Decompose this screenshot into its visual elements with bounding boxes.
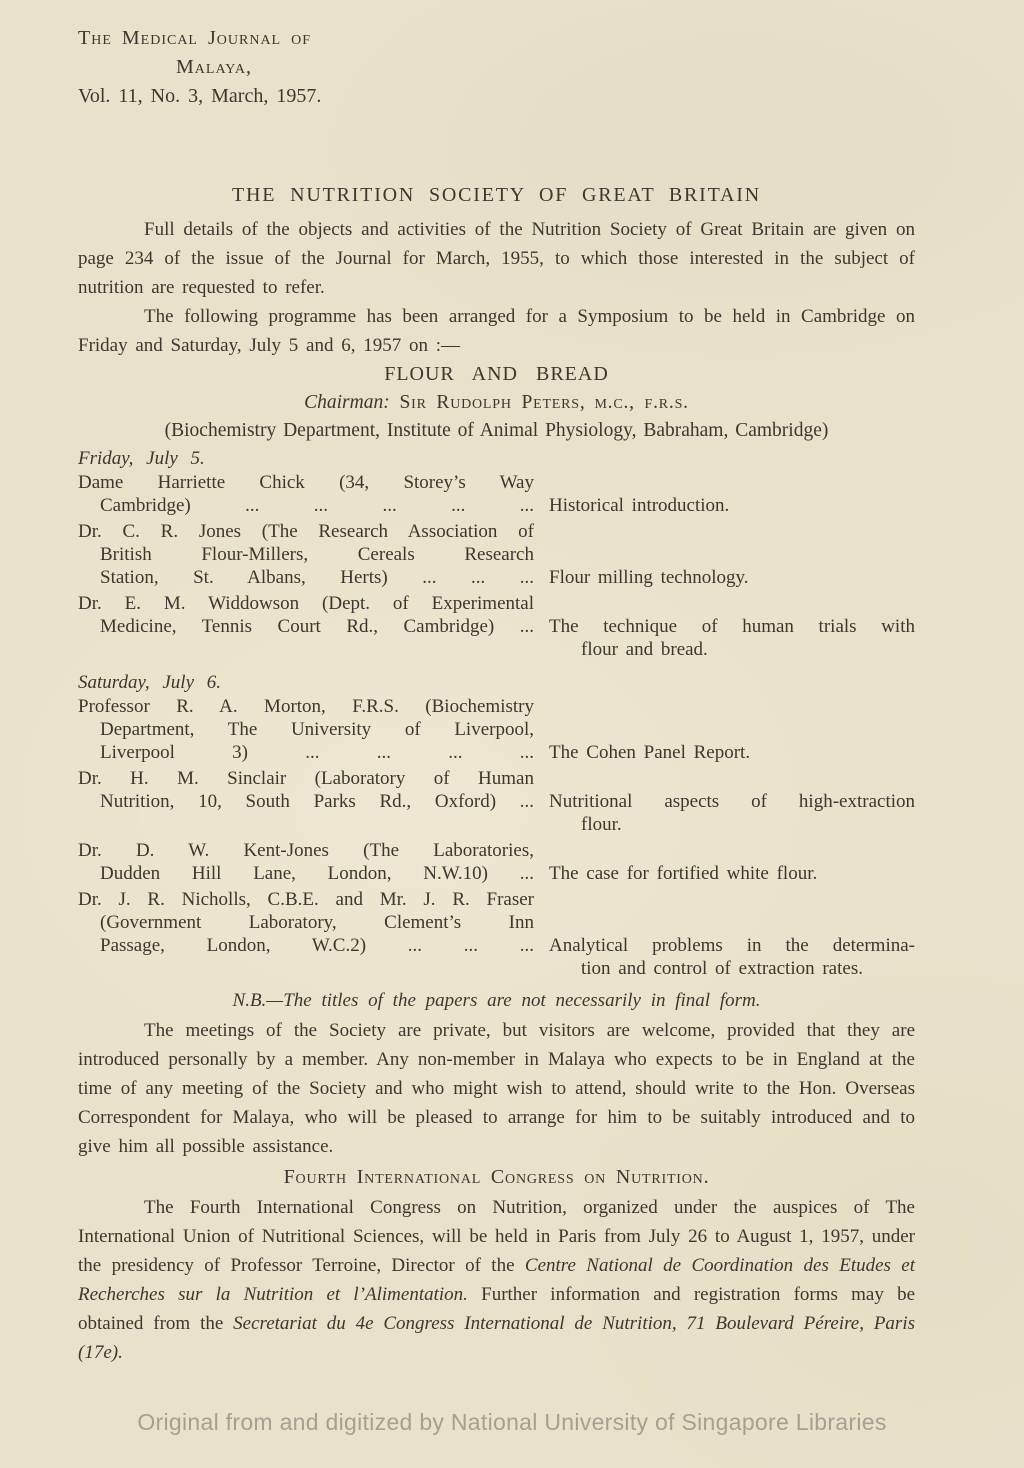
speaker-line: Passage, London, W.C.2) ... ... ... — [78, 934, 534, 957]
speaker-line: Liverpool 3) ... ... ... ... — [78, 741, 534, 764]
programme-day: Friday, July 5.Dame Harriette Chick (34,… — [78, 447, 915, 661]
topic-cell: Nutritional aspects of high-extractionfl… — [549, 767, 915, 836]
journal-issue-line: Vol. 11, No. 3, March, 1957. — [78, 82, 915, 111]
topic-line: Flour milling technology. — [549, 566, 915, 589]
speaker-line: Station, St. Albans, Herts) ... ... ... — [78, 566, 534, 589]
chairman-name: Sir Rudolph Peters, — [399, 392, 585, 413]
speaker-line: Department, The University of Liverpool, — [78, 718, 534, 741]
speaker-line: Dudden Hill Lane, London, N.W.10) ... — [78, 862, 534, 885]
speaker-line: Cambridge) ... ... ... ... ... — [78, 494, 534, 517]
programme-row: Dr. D. W. Kent-Jones (The Laboratories,D… — [78, 839, 915, 885]
topic-line: The case for fortified white flour. — [549, 862, 915, 885]
chairman-line: Chairman: Sir Rudolph Peters, m.c., f.r.… — [78, 389, 915, 417]
society-section-title: THE NUTRITION SOCIETY OF GREAT BRITAIN — [78, 181, 915, 210]
chairman-label: Chairman: — [304, 392, 390, 413]
speaker-line: Dame Harriette Chick (34, Storey’s Way — [78, 471, 534, 494]
page-content: The Medical Journal of Malaya, Vol. 11, … — [0, 0, 1024, 1367]
topic-line: The Cohen Panel Report. — [549, 741, 915, 764]
programme-row: Dr. H. M. Sinclair (Laboratory of HumanN… — [78, 767, 915, 836]
programme-row: Dr. E. M. Widdowson (Dept. of Experiment… — [78, 592, 915, 661]
topic-line: Analytical problems in the determina- — [549, 934, 915, 957]
topic-cell: The technique of human trials withflour … — [549, 592, 915, 661]
speaker-cell: Dr. C. R. Jones (The Research Associatio… — [78, 520, 534, 589]
topic-line: flour. — [549, 813, 915, 836]
journal-title-line1: The Medical Journal of — [78, 24, 915, 53]
programme-row: Dame Harriette Chick (34, Storey’s WayCa… — [78, 471, 915, 517]
speaker-cell: Dr. E. M. Widdowson (Dept. of Experiment… — [78, 592, 534, 638]
society-paragraph-2: The following programme has been arrange… — [78, 302, 915, 360]
speaker-line: Nutrition, 10, South Parks Rd., Oxford) … — [78, 790, 534, 813]
nb-note: N.B.—The titles of the papers are not ne… — [78, 986, 915, 1015]
society-closing-paragraph: The meetings of the Society are private,… — [78, 1016, 915, 1161]
programme-row: Dr. J. R. Nicholls, C.B.E. and Mr. J. R.… — [78, 888, 915, 980]
chairman-postnominals: m.c., f.r.s. — [594, 392, 688, 413]
journal-page: The Medical Journal of Malaya, Vol. 11, … — [0, 0, 1024, 1468]
speaker-cell: Dr. J. R. Nicholls, C.B.E. and Mr. J. R.… — [78, 888, 534, 957]
speaker-line: (Government Laboratory, Clement’s Inn — [78, 911, 534, 934]
programme: Friday, July 5.Dame Harriette Chick (34,… — [78, 447, 915, 980]
day-heading: Friday, July 5. — [78, 447, 915, 470]
topic-line: Historical introduction. — [549, 494, 915, 517]
topic-cell: Flour milling technology. — [549, 520, 915, 589]
society-paragraph-1: Full details of the objects and activiti… — [78, 215, 915, 302]
speaker-cell: Dame Harriette Chick (34, Storey’s WayCa… — [78, 471, 534, 517]
digitization-credit: Original from and digitized by National … — [0, 1409, 1024, 1436]
topic-line: flour and bread. — [549, 638, 915, 661]
topic-line: The technique of human trials with — [549, 615, 915, 638]
topic-cell: The case for fortified white flour. — [549, 839, 915, 885]
congress-section-title: Fourth International Congress on Nutriti… — [78, 1163, 915, 1192]
speaker-cell: Professor R. A. Morton, F.R.S. (Biochemi… — [78, 695, 534, 764]
speaker-line: Dr. H. M. Sinclair (Laboratory of Human — [78, 767, 534, 790]
speaker-line: Professor R. A. Morton, F.R.S. (Biochemi… — [78, 695, 534, 718]
speaker-cell: Dr. H. M. Sinclair (Laboratory of HumanN… — [78, 767, 534, 813]
day-heading: Saturday, July 6. — [78, 671, 915, 694]
programme-row: Professor R. A. Morton, F.R.S. (Biochemi… — [78, 695, 915, 764]
topic-cell: Analytical problems in the determina-tio… — [549, 888, 915, 980]
speaker-line: Dr. C. R. Jones (The Research Associatio… — [78, 520, 534, 543]
topic-line: tion and control of extraction rates. — [549, 957, 915, 980]
speaker-line: British Flour-Millers, Cereals Research — [78, 543, 534, 566]
topic-cell: Historical introduction. — [549, 471, 915, 517]
speaker-line: Dr. E. M. Widdowson (Dept. of Experiment… — [78, 592, 534, 615]
programme-day: Saturday, July 6.Professor R. A. Morton,… — [78, 671, 915, 980]
speaker-line: Dr. D. W. Kent-Jones (The Laboratories, — [78, 839, 534, 862]
journal-title-line2: Malaya, — [176, 53, 915, 82]
programme-row: Dr. C. R. Jones (The Research Associatio… — [78, 520, 915, 589]
speaker-line: Dr. J. R. Nicholls, C.B.E. and Mr. J. R.… — [78, 888, 534, 911]
topic-cell: The Cohen Panel Report. — [549, 695, 915, 764]
congress-paragraph: The Fourth International Congress on Nut… — [78, 1193, 915, 1367]
symposium-title: FLOUR AND BREAD — [78, 360, 915, 389]
speaker-line: Medicine, Tennis Court Rd., Cambridge) .… — [78, 615, 534, 638]
chairman-affiliation: (Biochemistry Department, Institute of A… — [78, 417, 915, 445]
topic-line: Nutritional aspects of high-extraction — [549, 790, 915, 813]
speaker-cell: Dr. D. W. Kent-Jones (The Laboratories,D… — [78, 839, 534, 885]
masthead: The Medical Journal of Malaya, Vol. 11, … — [78, 24, 915, 111]
